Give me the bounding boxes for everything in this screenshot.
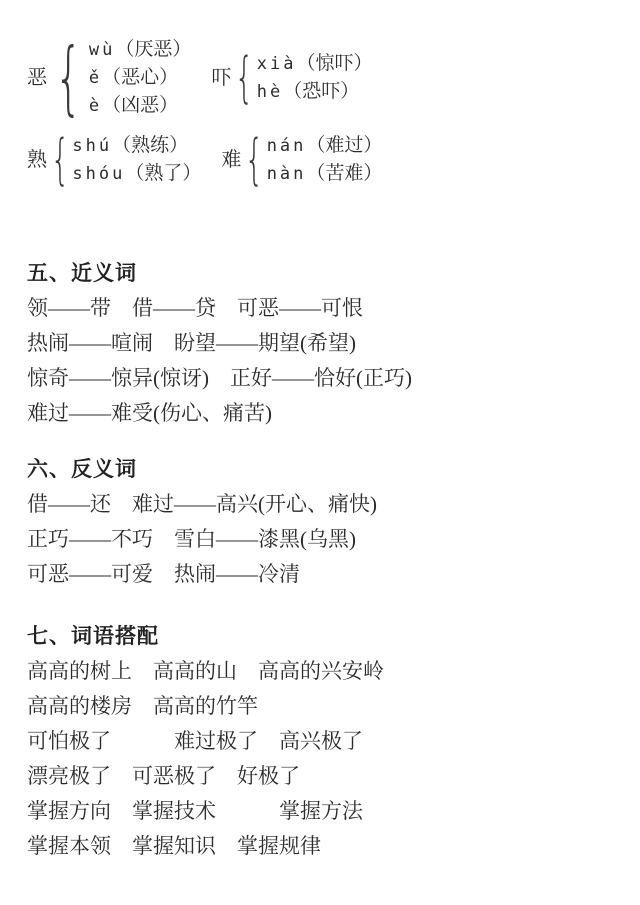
example-word: （惊吓） — [296, 53, 372, 74]
text-line: 高高的树上 高高的山 高高的兴安岭 — [27, 654, 612, 689]
polyphone-group-xia: 吓 { xià（惊吓） hè（恐吓） — [211, 50, 372, 106]
section-title: 七、词语搭配 — [27, 619, 612, 654]
example-word: （厌恶） — [115, 39, 191, 60]
text-line: 惊奇——惊异(惊讶) 正好——恰好(正巧) — [27, 361, 612, 396]
example-word: （难过） — [306, 135, 382, 156]
example-word: （凶恶） — [102, 95, 178, 116]
polyphone-group-shu: 熟 { shú（熟练） shóu（熟了） — [27, 132, 201, 188]
text-line: 掌握本领 掌握知识 掌握规律 — [27, 829, 612, 864]
text-line: 漂亮极了 可恶极了 好极了 — [27, 759, 612, 794]
example-word: （苦难） — [306, 163, 382, 184]
text-line: 热闹——喧闹 盼望——期望(希望) — [27, 326, 612, 361]
polyphone-entries: wù（厌恶） ě（恶心） è（凶恶） — [89, 36, 192, 120]
left-brace-icon: { — [54, 38, 82, 118]
pinyin-text: shú — [72, 136, 112, 156]
section-title: 五、近义词 — [27, 256, 612, 291]
text-line: 可怕极了 难过极了 高兴极了 — [27, 724, 612, 759]
section-collocations: 七、词语搭配 高高的树上 高高的山 高高的兴安岭 高高的楼房 高高的竹竿 可怕极… — [27, 619, 612, 864]
text-line: 高高的楼房 高高的竹竿 — [27, 689, 612, 724]
text-line: 借——还 难过——高兴(开心、痛快) — [27, 487, 612, 522]
polyphone-entry: xià（惊吓） — [257, 50, 373, 78]
example-word: （熟了） — [125, 163, 201, 184]
example-word: （恐吓） — [283, 81, 359, 102]
document-page: 恶 { wù（厌恶） ě（恶心） è（凶恶） 吓 { xià（惊吓） — [0, 0, 640, 905]
polyphone-entries: nán（难过） nàn（苦难） — [267, 132, 383, 188]
polyphone-entry: nán（难过） — [267, 132, 383, 160]
polyphone-entries: xià（惊吓） hè（恐吓） — [257, 50, 373, 106]
text-line: 掌握方向 掌握技术 掌握方法 — [27, 794, 612, 829]
pinyin-text: nàn — [267, 164, 307, 184]
text-line: 正巧——不巧 雪白——漆黑(乌黑) — [27, 522, 612, 557]
polyphone-entry: ě（恶心） — [89, 64, 192, 92]
polyphone-entries: shú（熟练） shóu（熟了） — [72, 132, 201, 188]
pinyin-text: shóu — [72, 164, 125, 184]
polyphone-entry: hè（恐吓） — [257, 78, 373, 106]
example-word: （恶心） — [102, 67, 178, 88]
pinyin-text: hè — [257, 82, 283, 102]
polyphone-char: 吓 — [211, 68, 231, 88]
polyphone-char: 难 — [221, 150, 241, 170]
polyphone-char: 熟 — [27, 150, 47, 170]
text-line: 领——带 借——贷 可恶——可恨 — [27, 291, 612, 326]
section-antonyms: 六、反义词 借——还 难过——高兴(开心、痛快) 正巧——不巧 雪白——漆黑(乌… — [27, 452, 612, 592]
text-line: 难过——难受(伤心、痛苦) — [27, 396, 612, 431]
polyphone-entry: shú（熟练） — [72, 132, 201, 160]
left-brace-icon: { — [235, 51, 254, 105]
polyphone-entry: nàn（苦难） — [267, 160, 383, 188]
polyphone-group-e: 恶 { wù（厌恶） ě（恶心） è（凶恶） — [27, 36, 191, 120]
polyphone-char: 恶 — [27, 68, 47, 88]
polyphone-row-1: 恶 { wù（厌恶） ě（恶心） è（凶恶） 吓 { xià（惊吓） — [27, 36, 612, 120]
pinyin-text: ě — [89, 68, 102, 88]
pinyin-text: xià — [257, 54, 297, 74]
polyphone-entry: è（凶恶） — [89, 92, 192, 120]
pinyin-text: wù — [89, 40, 115, 60]
pinyin-text: nán — [267, 136, 307, 156]
left-brace-icon: { — [51, 133, 70, 187]
example-word: （熟练） — [112, 135, 188, 156]
left-brace-icon: { — [245, 133, 264, 187]
pinyin-text: è — [89, 96, 102, 116]
section-title: 六、反义词 — [27, 452, 612, 487]
polyphone-group-nan: 难 { nán（难过） nàn（苦难） — [221, 132, 382, 188]
text-line: 可恶——可爱 热闹——冷清 — [27, 557, 612, 592]
polyphone-row-2: 熟 { shú（熟练） shóu（熟了） 难 { nán（难过） nàn（苦难） — [27, 132, 612, 188]
polyphone-entry: shóu（熟了） — [72, 160, 201, 188]
section-synonyms: 五、近义词 领——带 借——贷 可恶——可恨 热闹——喧闹 盼望——期望(希望)… — [27, 256, 612, 431]
polyphone-entry: wù（厌恶） — [89, 36, 192, 64]
